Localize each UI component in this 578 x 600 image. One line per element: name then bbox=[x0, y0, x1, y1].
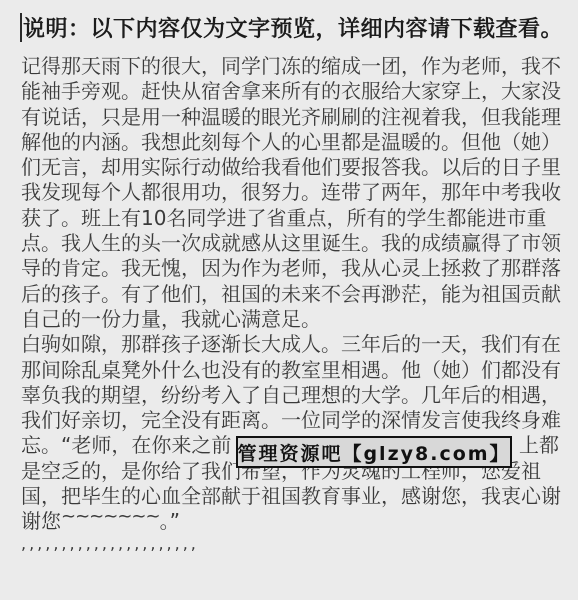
text-line: 自己的一份力量，我就心满意足。 bbox=[21, 307, 565, 332]
text-line: 后的孩子。有了他们，祖国的未来不会再渺茫，能为祖国贡献 bbox=[21, 282, 565, 307]
text-line: 我发现每个人都很用功，很努力。连带了两年，那年中考我收 bbox=[21, 180, 565, 205]
site-watermark-box: 管理资源吧【glzy8.com】 bbox=[236, 436, 512, 468]
text-caret bbox=[20, 13, 22, 42]
text-line: 们无言，却用实际行动做给我看他们要报答我。以后的日子里 bbox=[21, 155, 565, 180]
text-line: 有说话，只是用一种温暖的眼光齐刷刷的注视着我，但我能理 bbox=[21, 105, 565, 130]
text-line: 我们好亲切，完全没有距离。一位同学的深情发言使我终身难 bbox=[21, 408, 565, 433]
text-line: 辜负我的期望，纷纷考入了自己理想的大学。几年后的相遇， bbox=[21, 383, 565, 408]
text-line: 记得那天雨下的很大，同学门冻的缩成一团，作为老师，我不 bbox=[21, 54, 565, 79]
text-line-right-fragment: 上都 bbox=[519, 433, 559, 458]
text-line: 那间除乱桌凳外什么也没有的教室里相遇。他（她）们都没有 bbox=[21, 358, 565, 383]
site-watermark-label: 管理资源吧【glzy8.com】 bbox=[237, 439, 510, 466]
preview-page: 说明：以下内容仅为文字预览，详细内容请下载查看。 记得那天雨下的很大，同学门冻的… bbox=[0, 0, 578, 600]
text-line-left-fragment: 忘。“老师，在你来之前 bbox=[21, 433, 231, 457]
text-line: 点。我人生的头一次成就感从这里诞生。我的成绩赢得了市领 bbox=[21, 231, 565, 256]
text-line: 解他的内涵。我想此刻每个人的心里都是温暖的。但他（她） bbox=[21, 130, 565, 155]
wavy-tilde-marks: ~~~~~~~ bbox=[61, 504, 160, 529]
text-line: 能袖手旁观。赶快从宿舍拿来所有的衣服给大家穿上，大家没 bbox=[21, 79, 565, 104]
preview-notice: 说明：以下内容仅为文字预览，详细内容请下载查看。 bbox=[23, 12, 563, 43]
document-text-preview[interactable]: 记得那天雨下的很大，同学门冻的缩成一团，作为老师，我不 能袖手旁观。赶快从宿舍拿… bbox=[21, 54, 565, 560]
text-line: 获了。班上有10名同学进了省重点，所有的学生都能进市重 bbox=[21, 206, 565, 231]
text-line: 白驹如隙，那群孩子逐渐长大成人。三年后的一天，我们有在 bbox=[21, 332, 565, 357]
truncation-dots-row: ,,,,,,,,,,,,,,,,,,,,,, bbox=[21, 531, 565, 556]
text-line: 导的肯定。我无愧，因为作为老师，我从心灵上拯救了那群落 bbox=[21, 256, 565, 281]
